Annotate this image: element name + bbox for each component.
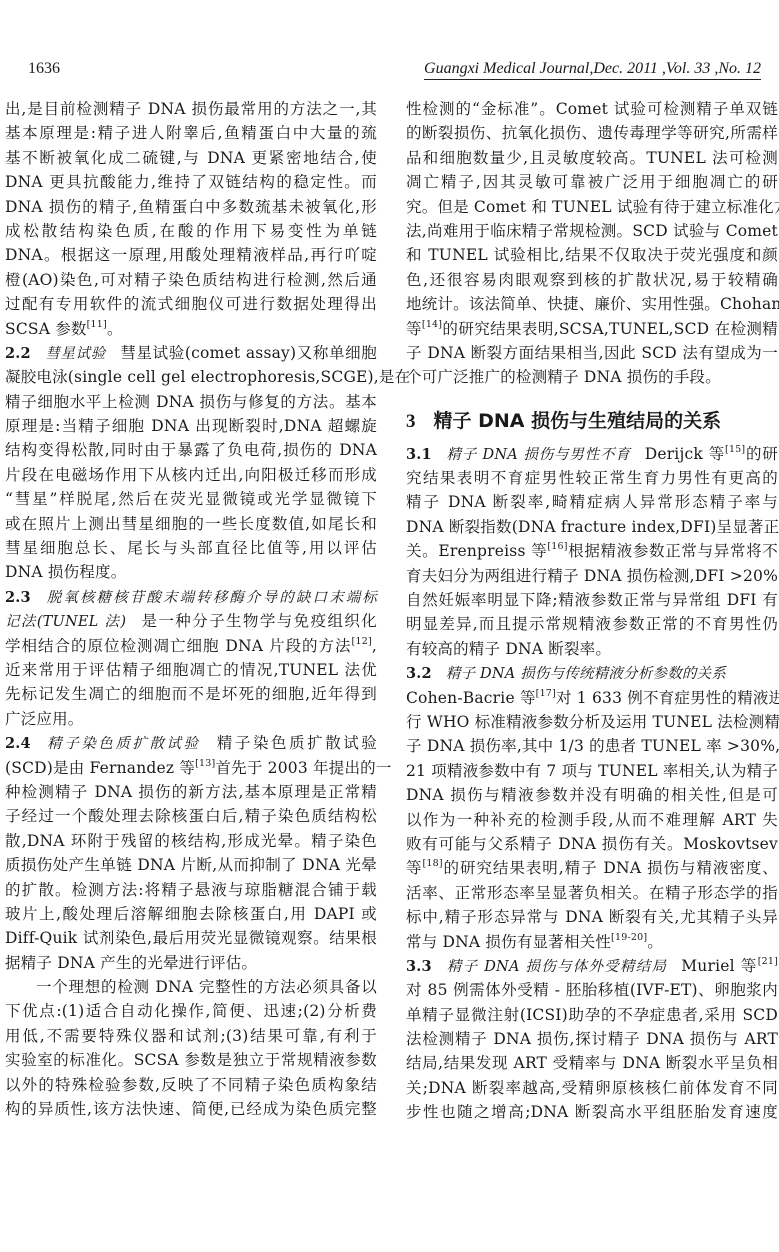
right-column: 性检测的“金标准”。Comet 试验可检测精子单双链 的断裂损伤、抗氧化损伤、遗… [406, 97, 778, 1125]
text-line: 究。但是 Comet 和 TUNEL 试验有待于建立标准化方 [406, 195, 778, 219]
text-line: 育夫妇分为两组进行精子 DNA 损伤检测,DFI >20% [406, 564, 778, 588]
text-line: DNA 更具抗酸能力,维持了双链结构的稳定性。而 [5, 170, 377, 194]
citation: [19-20] [611, 932, 647, 943]
text-line: 凝胶电泳(single cell gel electrophoresis,SCG… [5, 365, 377, 389]
subsection-3-2-heading: 3.2精子 DNA 损伤与传统精液分析参数的关系 [406, 661, 778, 685]
text-line: 记法(TUNEL 法)是一种分子生物学与免疫组织化 [5, 609, 377, 633]
text-line: 关;DNA 断裂率越高,受精卵原核核仁前体发育不同 [406, 1076, 778, 1100]
citation: [13] [195, 758, 215, 769]
text-line: 子经过一个酸处理去除核蛋白后,精子染色质结构松 [5, 804, 377, 828]
citation: [21] [758, 956, 778, 967]
subsection-title: 精子 DNA 损伤与体外受精结局 [446, 959, 667, 975]
citation: [15] [725, 444, 745, 455]
citation: [12] [352, 636, 372, 647]
journal-name: Guangxi Medical Journal [424, 60, 589, 77]
text-line: 地统计。该法简单、快捷、廉价、实用性强。Chohan [406, 292, 778, 316]
citation: [14] [422, 319, 442, 330]
text-line: 结局,结果发现 ART 受精率与 DNA 断裂水平呈负相 [406, 1051, 778, 1075]
subsection-title: 精子 DNA 损伤与传统精液分析参数的关系 [446, 666, 726, 682]
text-line: 等[18]的研究结果表明,精子 DNA 损伤与精液密度、 [406, 856, 778, 880]
subsection-title: 彗星试验 [45, 346, 106, 362]
text-line: 实验室的标准化。SCSA 参数是独立于常规精液参数 [5, 1048, 377, 1072]
citation: [16] [547, 541, 567, 552]
subsection-2-2-heading: 2.2彗星试验彗星试验(comet assay)又称单细胞 [5, 341, 377, 365]
text-line: 法,尚难用于临床精子常规检测。SCD 试验与 Comet [406, 219, 778, 243]
text-line: 质损伤处产生单链 DNA 片断,从而抑制了 DNA 光晕 [5, 853, 377, 877]
text-line: 凋亡精子,因其灵敏可靠被广泛用于细胞凋亡的研 [406, 170, 778, 194]
text-line: DNA 损伤程度。 [5, 560, 377, 584]
text-line: 广泛应用。 [5, 707, 377, 731]
text-line: (SCD)是由 Fernandez 等[13]首先于 2003 年提出的一 [5, 756, 377, 780]
citation: [17] [536, 688, 556, 699]
left-column: 出,是目前检测精子 DNA 损伤最常用的方法之一,其 基本原理是:精子进人附睾后… [5, 97, 377, 1121]
text-line: 个可广泛推广的检测精子 DNA 损伤的手段。 [406, 365, 778, 389]
text-line: 的断裂损伤、抗氧化损伤、遗传毒理学等研究,所需样 [406, 121, 778, 145]
text-line: 自然妊娠率明显下降;精液参数正常与异常组 DFI 有 [406, 588, 778, 612]
section-3-heading: 3精子 DNA 损伤与生殖结局的关系 [406, 398, 778, 442]
text-line: 品和细胞数量少,且灵敏度较高。TUNEL 法可检测 [406, 146, 778, 170]
text-line: 法检测精子 DNA 损伤,探讨精子 DNA 损伤与 ART [406, 1027, 778, 1051]
text-line: 常与 DNA 损伤有显著相关性[19-20]。 [406, 930, 778, 954]
subsection-title: 精子 DNA 损伤与男性不育 [446, 447, 631, 463]
text-line: 以外的特殊检验参数,反映了不同精子染色质构象结 [5, 1073, 377, 1097]
subsection-2-4-heading: 2.4精子染色质扩散试验精子染色质扩散试验 [5, 731, 377, 755]
citation: [11] [87, 319, 107, 330]
journal-issue: ,Dec. 2011 ,Vol. 33 ,No. 12 [589, 60, 761, 77]
text-line: Diff-Quik 试剂染色,最后用荧光显微镜观察。结果根 [5, 926, 377, 950]
text-line: 子 DNA 损伤率,其中 1/3 的患者 TUNEL 率 >30%, [406, 734, 778, 758]
text-line: 以作为一种补充的检测手段,从而不难理解 ART 失 [406, 808, 778, 832]
text-line: 基不断被氧化成二硫键,与 DNA 更紧密地结合,使 [5, 146, 377, 170]
text-line: DNA。根据这一原理,用酸处理精液样品,再行吖啶 [5, 243, 377, 267]
text-line: 活率、正常形态率呈显著负相关。在精子形态学的指 [406, 881, 778, 905]
text-line: 单精子显微注射(ICSI)助孕的不孕症患者,采用 SCD [406, 1003, 778, 1027]
text-line: DNA 损伤的精子,鱼精蛋白中多数巯基未被氧化,形 [5, 195, 377, 219]
text-line: 明显差异,而且提示常规精液参数正常的不育男性仍 [406, 612, 778, 636]
paragraph-first-line: 一个理想的检测 DNA 完整性的方法必须具备以 [5, 975, 377, 999]
journal-header: Guangxi Medical Journal,Dec. 2011 ,Vol. … [424, 60, 761, 80]
subsection-title: 精子染色质扩散试验 [45, 736, 201, 752]
text-line: 和 TUNEL 试验相比,结果不仅取决于荧光强度和颜 [406, 243, 778, 267]
text-line: 先标记发生凋亡的细胞而不是坏死的细胞,近年得到 [5, 682, 377, 706]
text-line: 种检测精子 DNA 损伤的新方法,基本原理是正常精 [5, 780, 377, 804]
text-line: 精子 DNA 断裂率,畸精症病人异常形态精子率与 [406, 490, 778, 514]
text-line: 究结果表明不育症男性较正常生育力男性有更高的 [406, 466, 778, 490]
text-line: 行 WHO 标准精液参数分析及运用 TUNEL 法检测精 [406, 710, 778, 734]
page-number: 1636 [28, 60, 60, 78]
text-line: “彗星”样脱尾,然后在荧光显微镜或光学显微镜下 [5, 487, 377, 511]
text-line: Cohen-Bacrie 等[17]对 1 633 例不育症男性的精液进 [406, 686, 778, 710]
text-line: 出,是目前检测精子 DNA 损伤最常用的方法之一,其 [5, 97, 377, 121]
text-line: 关。Erenpreiss 等[16]根据精液参数正常与异常将不 [406, 539, 778, 563]
citation: [18] [422, 858, 442, 869]
text-line: 散,DNA 环附于残留的核结构,形成光晕。精子染色 [5, 829, 377, 853]
text-line: SCSA 参数[11]。 [5, 317, 377, 341]
text-line: 下优点:(1)适合自动化操作,简便、迅速;(2)分析费 [5, 999, 377, 1023]
text-line: 精子细胞水平上检测 DNA 损伤与修复的方法。基本 [5, 390, 377, 414]
text-line: 步性也随之增高;DNA 断裂高水平组胚胎发育速度 [406, 1100, 778, 1124]
text-line: 败有可能与父系精子 DNA 损伤有关。Moskovtsev [406, 832, 778, 856]
text-line: 玻片上,酸处理后溶解细胞去除核蛋白,用 DAPI 或 [5, 902, 377, 926]
text-line: 学相结合的原位检测凋亡细胞 DNA 片段的方法[12], [5, 634, 377, 658]
text-line: 彗星细胞总长、尾长与头部直径比值等,用以评估 [5, 536, 377, 560]
text-line: 等[14]的研究结果表明,SCSA,TUNEL,SCD 在检测精 [406, 317, 778, 341]
text-line: 的扩散。检测方法:将精子悬液与琼脂糖混合铺于载 [5, 878, 377, 902]
text-line: 21 项精液参数中有 7 项与 TUNEL 率相关,认为精子 [406, 759, 778, 783]
text-line: 近来常用于评估精子细胞凋亡的情况,TUNEL 法优 [5, 658, 377, 682]
text-line: 结构变得松散,同时由于暴露了负电荷,损伤的 DNA [5, 438, 377, 462]
text-line: 橙(AO)染色,可对精子染色质结构进行检测,然后通 [5, 268, 377, 292]
subsection-3-1-heading: 3.1精子 DNA 损伤与男性不育Derijck 等[15]的研 [406, 442, 778, 466]
text-line: 据精子 DNA 产生的光晕进行评估。 [5, 951, 377, 975]
text-line: 基本原理是:精子进人附睾后,鱼精蛋白中大量的巯 [5, 121, 377, 145]
text-line: 构的异质性,该方法快速、简便,已经成为染色质完整 [5, 1097, 377, 1121]
subsection-title: 脱氧核糖核苷酸末端转移酶介导的缺口末端标 [45, 590, 377, 606]
subsection-3-3-heading: 3.3精子 DNA 损伤与体外受精结局Muriel 等[21] [406, 954, 778, 978]
text-line: 用低,不需要特殊仪器和试剂;(3)结果可靠,有利于 [5, 1024, 377, 1048]
text-line: 子 DNA 断裂方面结果相当,因此 SCD 法有望成为一 [406, 341, 778, 365]
text-line: 标中,精子形态异常与 DNA 断裂有关,尤其精子头异 [406, 905, 778, 929]
text-line: DNA 断裂指数(DNA fracture index,DFI)呈显著正相 [406, 515, 778, 539]
text-line: 过配有专用软件的流式细胞仪可进行数据处理得出 [5, 292, 377, 316]
text-line: 对 85 例需体外受精 - 胚胎移植(IVF-ET)、卵胞浆内 [406, 978, 778, 1002]
text-line: 原理是:当精子细胞 DNA 出现断裂时,DNA 超螺旋 [5, 414, 377, 438]
text-line: 成松散结构染色质,在酸的作用下易变性为单链 [5, 219, 377, 243]
text-line: 或在照片上测出彗星细胞的一些长度数值,如尾长和 [5, 512, 377, 536]
section-title: 精子 DNA 损伤与生殖结局的关系 [434, 410, 722, 432]
text-line: 有较高的精子 DNA 断裂率。 [406, 637, 778, 661]
text-line: 性检测的“金标准”。Comet 试验可检测精子单双链 [406, 97, 778, 121]
text-line: DNA 损伤与精液参数并没有明确的相关性,但是可 [406, 783, 778, 807]
text-line: 色,还很容易肉眼观察到核的扩散状况,易于较精确 [406, 268, 778, 292]
text-line: 片段在电磁场作用下从核内迁出,向阳极迁移而形成 [5, 463, 377, 487]
subsection-2-3-heading: 2.3脱氧核糖核苷酸末端转移酶介导的缺口末端标 [5, 585, 377, 609]
